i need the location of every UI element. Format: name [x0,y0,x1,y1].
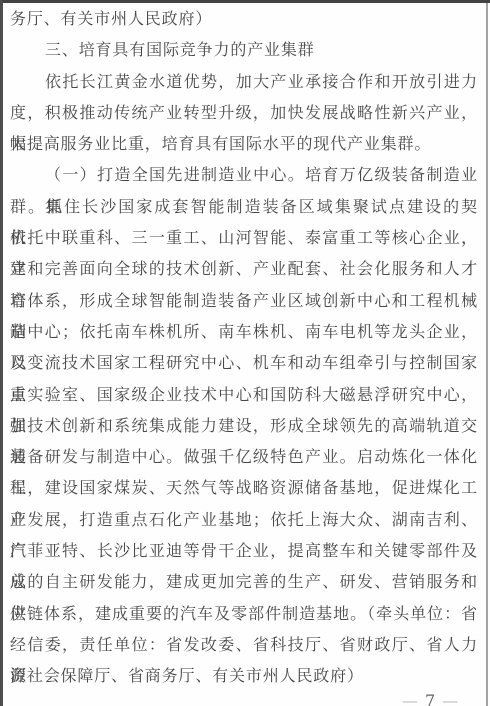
body-line: 群。抓住长沙国家成套智能制造装备区域集聚试点建设的契机， [10,191,478,222]
body-line: 汽菲亚特、长沙比亚迪等骨干企业，提高整车和关键零部件及总 [10,535,478,566]
page-number: 7 [418,691,442,706]
paragraph-continuation: 务厅、有关市州人民政府） [10,3,478,34]
subsection-start: （一）打造全国先进制造业中心。培育万亿级装备制造业集 [10,159,478,190]
body-line: 幅提高服务业比重，培育具有国际水平的现代产业集群。 [10,128,478,159]
body-line: 及变流技术国家工程研究中心、机车和动车组牵引与控制国家重 [10,347,478,378]
body-line: 应链体系，建成重要的汽车及零部件制造基地。（牵头单位：省 [10,598,478,629]
page-number-footer: —7— [402,691,458,706]
body-line: 强技术创新和系统集成能力建设，形成全球领先的高端轨道交通 [10,410,478,441]
body-line: 依托中联重科、三一重工、山河智能、泰富重工等核心企业，建 [10,222,478,253]
section-heading: 三、培育具有国际竞争力的产业集群 [10,34,478,65]
page-number-left-dash: — [402,691,418,706]
body-line: 装备研发与制造中心。做强千亿级特色产业。启动炼化一体化工 [10,441,478,472]
body-line: 依托长江黄金水道优势，加大产业承接合作和开放引进力 [10,66,478,97]
body-line: 业发展，打造重点石化产业基地；依托上海大众、湖南吉利、广 [10,504,478,535]
body-line: 成的自主研发能力，建成更加完善的生产、研发、营销服务和供 [10,566,478,597]
page-number-right-dash: — [442,691,458,706]
body-line: 程，建设国家煤炭、天然气等战略资源储备基地，促进煤化工产 [10,472,478,503]
body-line: 立和完善面向全球的技术创新、产业配套、社会化服务和人才培 [10,253,478,284]
body-line: 育体系，形成全球智能制造装备产业区域创新中心和工程机械制 [10,285,478,316]
document-page: 务厅、有关市州人民政府）三、培育具有国际竞争力的产业集群依托长江黄金水道优势，加… [0,0,490,706]
document-text-block: 务厅、有关市州人民政府）三、培育具有国际竞争力的产业集群依托长江黄金水道优势，加… [10,3,478,692]
body-line: 点实验室、国家级企业技术中心和国防科大磁悬浮研究中心，加 [10,379,478,410]
body-line: 造中心；依托南车株机所、南车株机、南车电机等龙头企业，以 [10,316,478,347]
body-line: 源社会保障厅、省商务厅、有关市州人民政府） [10,660,478,691]
body-line: 经信委，责任单位：省发改委、省科技厅、省财政厅、省人力资 [10,629,478,660]
scan-edge-right [486,3,488,706]
body-line: 度，积极推动传统产业转型升级，加快发展战略性新兴产业，大 [10,97,478,128]
scan-edge-left [0,0,3,706]
